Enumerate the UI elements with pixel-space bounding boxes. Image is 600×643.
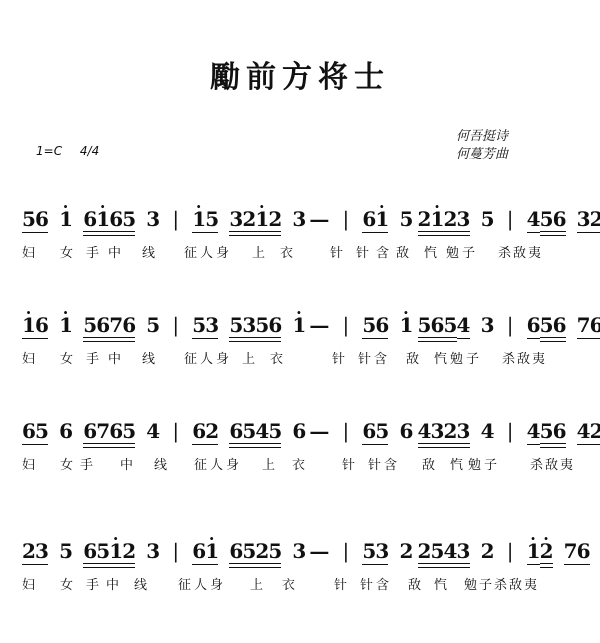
barline: | [172, 312, 179, 338]
notes-line-3: 65 6 6765 4 | 62 6545 6— | 65 6 4323 4 |… [22, 418, 582, 448]
composer-credit: 何蔓芳曲 [456, 146, 508, 164]
lyrics-line-2: 妇女手中线征人身上衣针针含敌忾勉子杀敌夷 [22, 348, 582, 368]
lyricist-credit: 何吾挺诗 [456, 128, 508, 146]
score-line-1: 56 1 6165 3 | 15 3212 3— | 61 5 2123 5 |… [22, 206, 582, 262]
key-label: 1=C [36, 144, 62, 158]
barline: | [343, 538, 350, 564]
barline: | [343, 206, 350, 232]
barline: | [343, 418, 350, 444]
score-line-3: 65 6 6765 4 | 62 6545 6— | 65 6 4323 4 |… [22, 418, 582, 474]
barline: | [172, 206, 179, 232]
notes-line-4: 23 5 6512 3 | 61 6525 3— | 53 2 2543 2 |… [22, 538, 582, 568]
notes-line-1: 56 1 6165 3 | 15 3212 3— | 61 5 2123 5 |… [22, 206, 582, 236]
barline: | [172, 418, 179, 444]
notes-line-2: 16 1 5676 5 | 53 5356 1— | 56 1 5654 3 |… [22, 312, 582, 342]
credits: 何吾挺诗 何蔓芳曲 [456, 128, 508, 164]
barline: | [507, 206, 514, 232]
key-signature: 1=C 4/4 [36, 144, 113, 158]
barline: | [507, 418, 514, 444]
lyrics-line-3: 妇女手中线征人身上衣针针含敌忾勉子杀敌夷 [22, 454, 582, 474]
barline: | [343, 312, 350, 338]
lyrics-line-1: 妇女手中线征人身上衣针针含敌忾勉子杀敌夷 [22, 242, 582, 262]
song-title: 勵前方将士 [0, 52, 600, 96]
barline: | [172, 538, 179, 564]
barline: | [507, 538, 514, 564]
barline: | [507, 312, 514, 338]
score-line-2: 16 1 5676 5 | 53 5356 1— | 56 1 5654 3 |… [22, 312, 582, 368]
lyrics-line-4: 妇女手中线征人身上衣针针含敌忾勉子杀敌夷 [22, 574, 582, 594]
time-signature: 4/4 [80, 144, 99, 158]
score-line-4: 23 5 6512 3 | 61 6525 3— | 53 2 2543 2 |… [22, 538, 582, 594]
